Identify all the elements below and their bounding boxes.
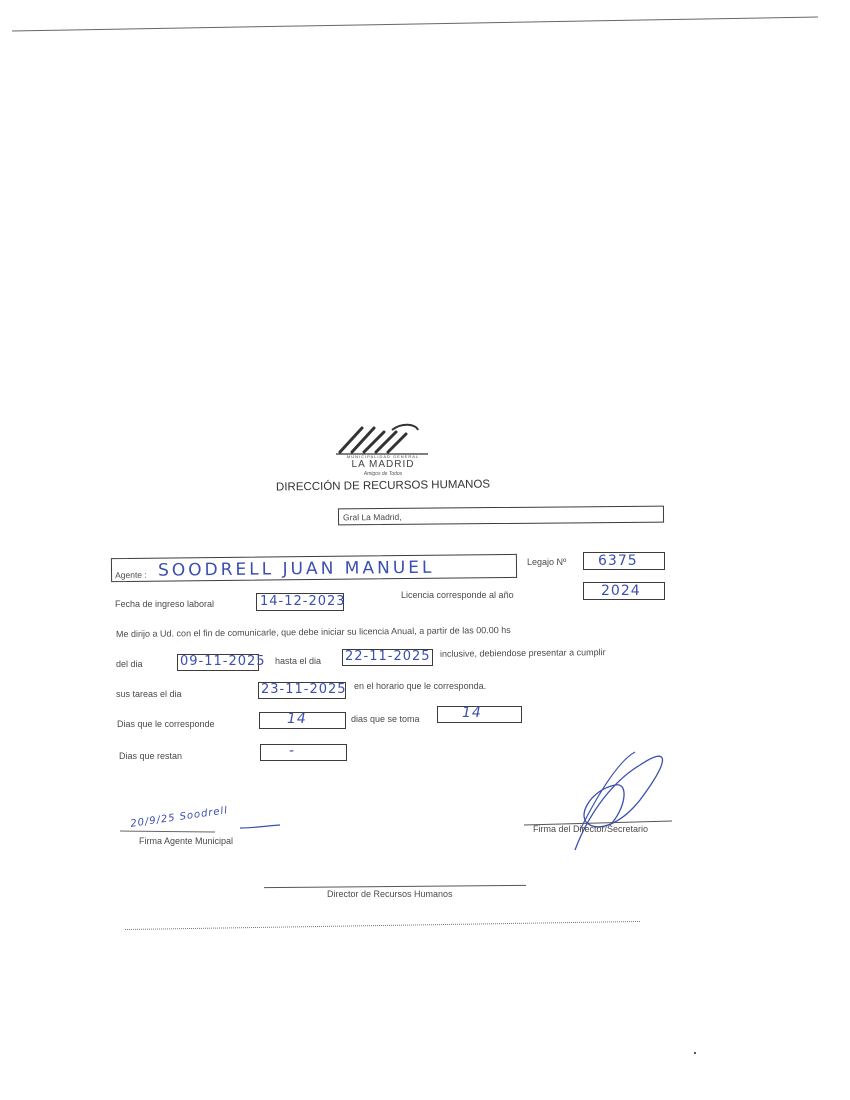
del-dia-value: 09-11-2025 xyxy=(180,654,266,669)
logo-tagline: Amigos de Todos xyxy=(338,471,428,477)
ingreso-field[interactable]: 14-12-2023 xyxy=(256,593,344,611)
tareas-field[interactable]: 23-11-2025 xyxy=(258,682,346,699)
logo-emblem-icon xyxy=(330,418,430,458)
dias-restan-field[interactable]: - xyxy=(260,744,347,761)
director-signature-label: Firma del Director/Secretario xyxy=(533,824,648,834)
tareas-label: sus tareas el dia xyxy=(116,689,182,699)
intro-text: Me dirijo a Ud. con el fin de comunicarl… xyxy=(116,625,511,639)
logo-name: LA MADRID xyxy=(338,459,428,470)
legajo-label: Legajo Nº xyxy=(527,557,566,567)
dias-toma-label: dias que se toma xyxy=(351,714,420,724)
licencia-label: Licencia corresponde al año xyxy=(401,590,514,600)
del-dia-field[interactable]: 09-11-2025 xyxy=(177,654,259,671)
scan-speck xyxy=(694,1052,696,1054)
ingreso-label: Fecha de ingreso laboral xyxy=(115,599,214,609)
horario-text: en el horario que le corresponda. xyxy=(354,681,486,691)
licencia-field[interactable]: 2024 xyxy=(583,582,665,600)
licencia-value: 2024 xyxy=(601,583,641,599)
department-title: DIRECCIÓN DE RECURSOS HUMANOS xyxy=(276,479,490,494)
ingreso-value: 14-12-2023 xyxy=(260,594,346,609)
scan-edge-line xyxy=(0,0,850,40)
dias-corresponde-label: Dias que le corresponde xyxy=(117,719,215,729)
legajo-value: 6375 xyxy=(598,553,638,569)
location-date-label: Gral La Madrid, xyxy=(343,512,402,523)
agent-field[interactable]: Agente : SOODRELL JUAN MANUEL xyxy=(111,554,517,582)
hasta-label: hasta el dia xyxy=(275,656,321,666)
inclusive-text: inclusive, debiendose presentar a cumpli… xyxy=(440,647,606,659)
del-dia-label: del dia xyxy=(116,659,143,669)
dias-toma-value: 14 xyxy=(462,705,482,721)
municipality-logo: MUNICIPALIDAD GENERAL LA MADRID Amigos d… xyxy=(330,418,430,478)
hasta-value: 22-11-2025 xyxy=(345,649,431,664)
tareas-value: 23-11-2025 xyxy=(261,682,347,697)
dias-restan-label: Dias que restan xyxy=(119,751,182,761)
dias-restan-value: - xyxy=(289,743,295,759)
legajo-field[interactable]: 6375 xyxy=(583,552,665,570)
dias-toma-field[interactable]: 14 xyxy=(437,706,522,723)
agent-name-handwritten: SOODRELL JUAN MANUEL xyxy=(158,558,435,581)
agent-signature-label: Firma Agente Municipal xyxy=(139,836,233,846)
director-signature xyxy=(520,740,680,860)
hasta-field[interactable]: 22-11-2025 xyxy=(342,649,433,666)
dias-corresponde-field[interactable]: 14 xyxy=(259,712,346,729)
location-date-field[interactable]: Gral La Madrid, xyxy=(338,506,664,526)
hr-director-label: Director de Recursos Humanos xyxy=(327,889,453,899)
hr-director-signature-line xyxy=(264,885,526,888)
cut-line xyxy=(125,921,640,930)
agent-label: Agente : xyxy=(115,570,147,580)
agent-signature-line xyxy=(115,818,285,838)
dias-corresponde-value: 14 xyxy=(287,711,307,727)
